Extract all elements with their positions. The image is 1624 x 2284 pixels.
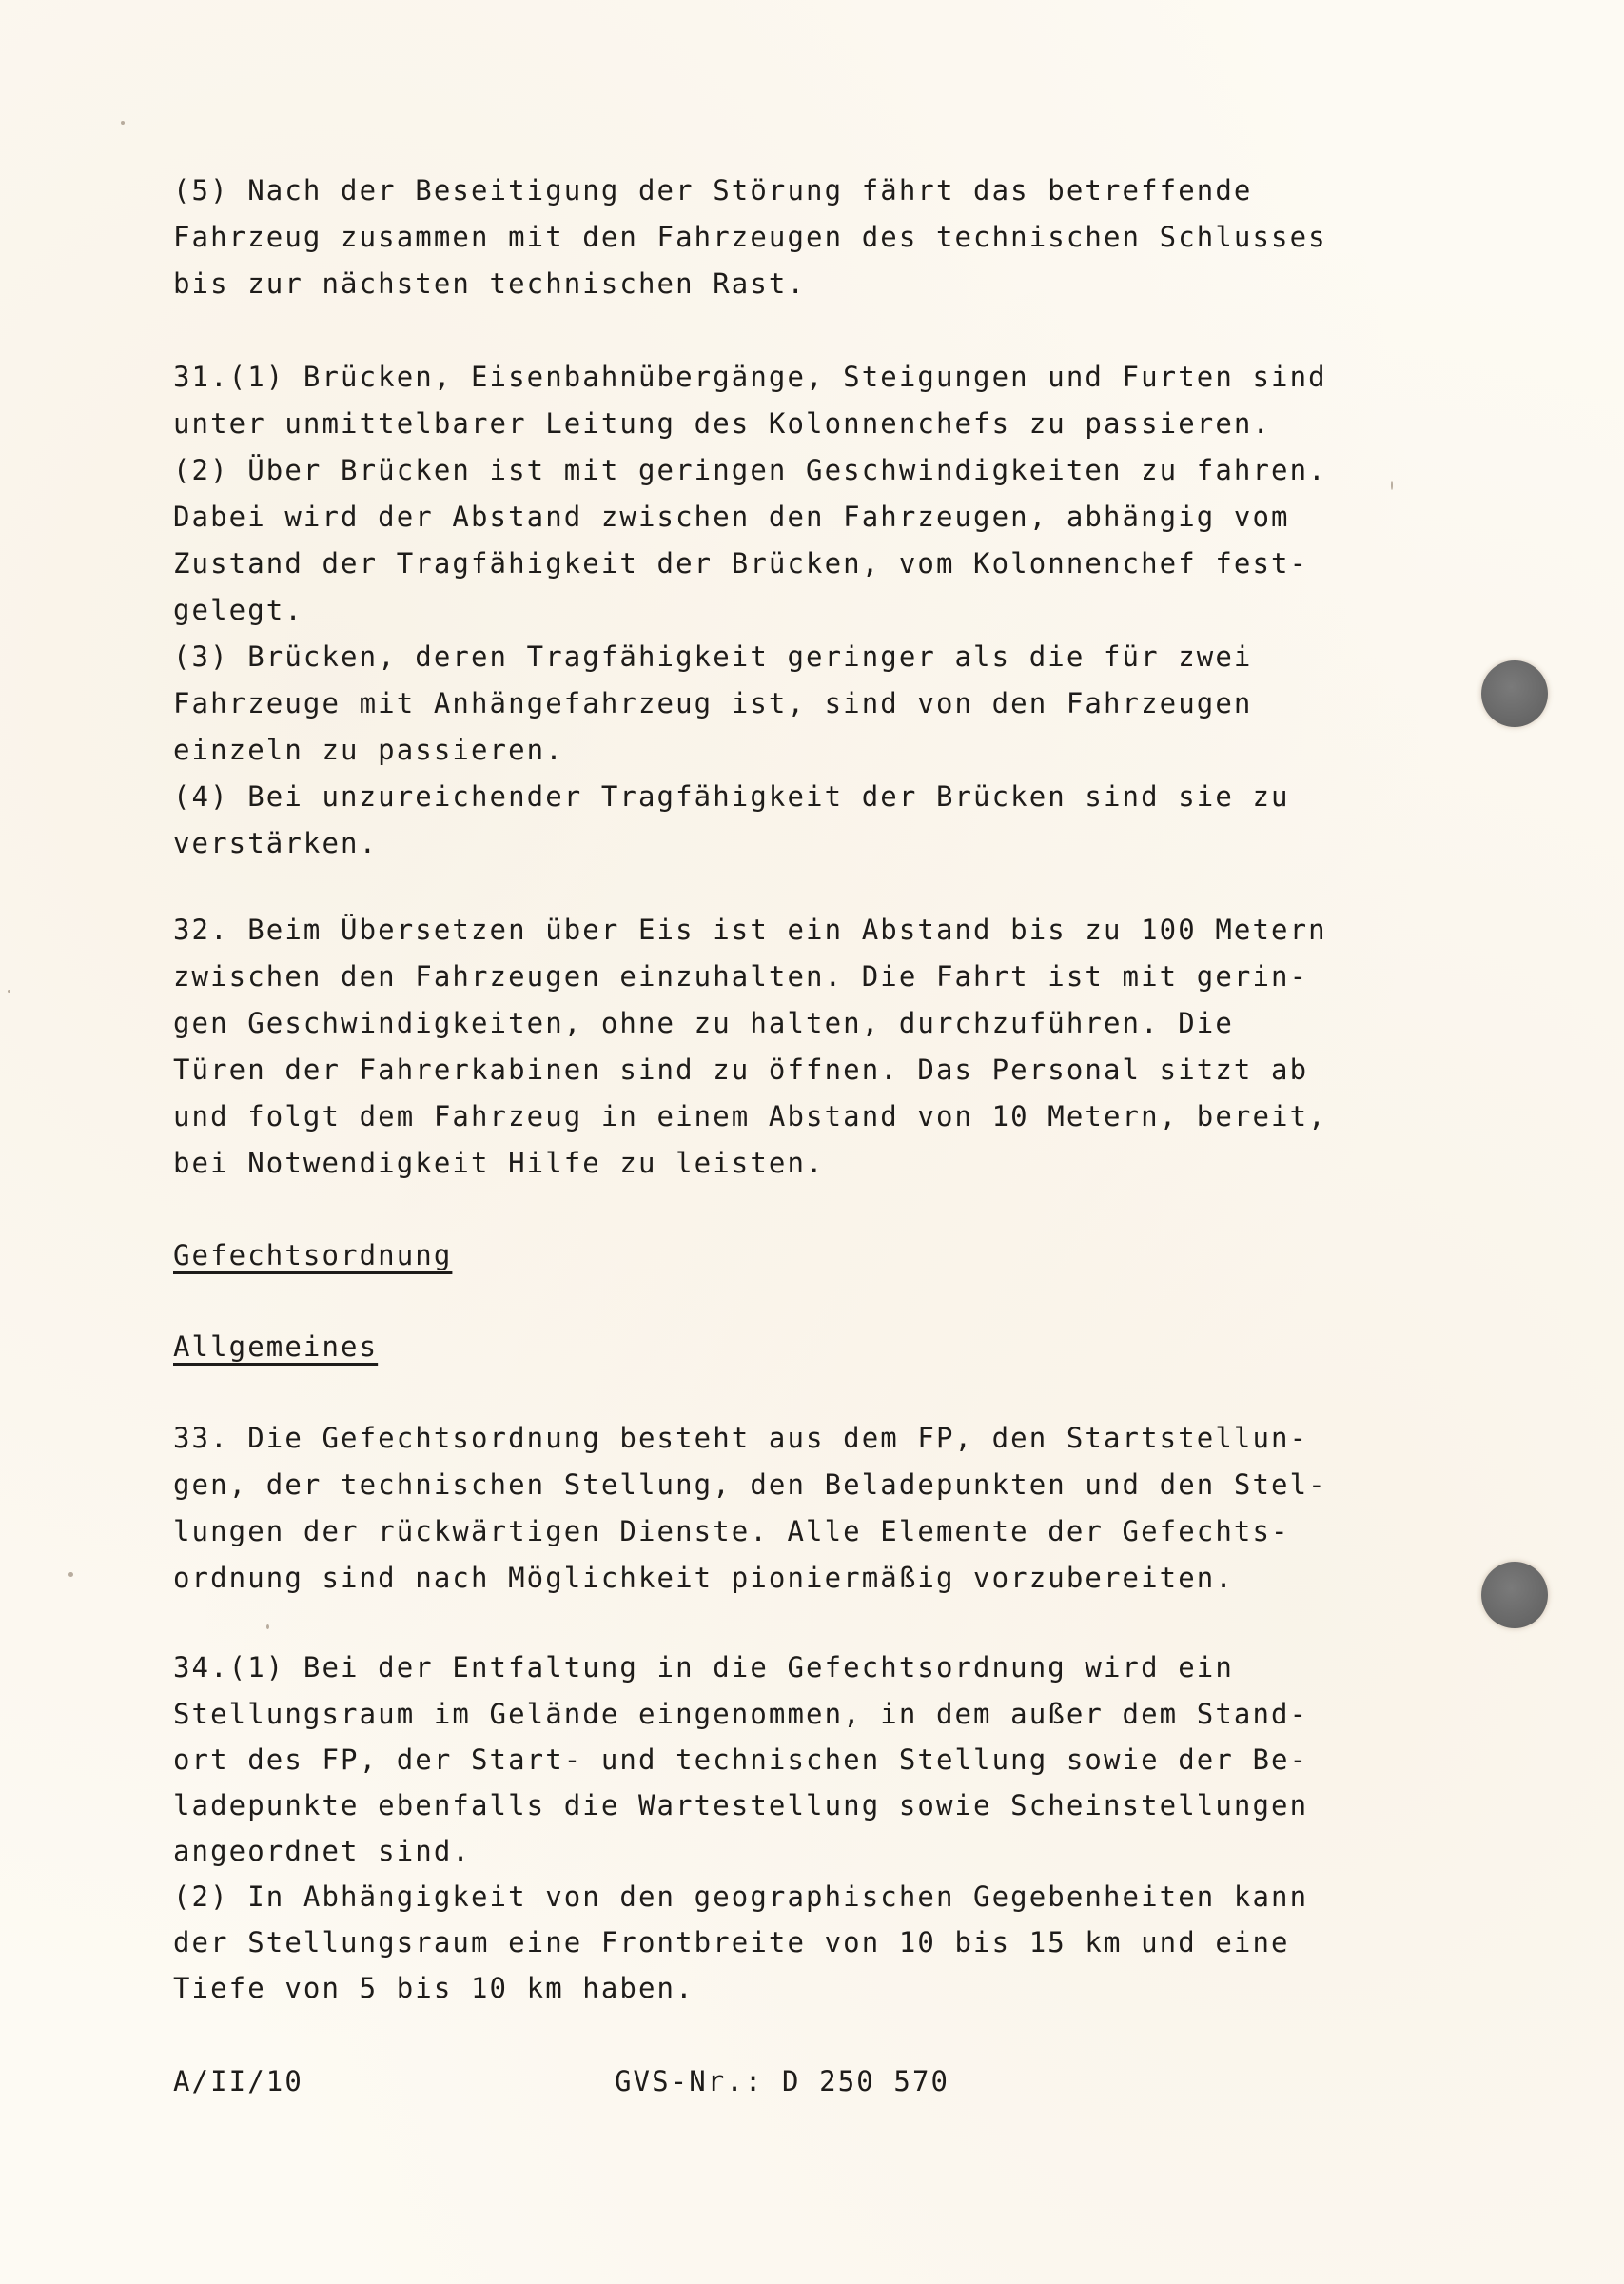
text-line: 34.(1) Bei der Entfaltung in die Gefecht… <box>173 1651 1234 1683</box>
text-line: verstärken. <box>173 827 378 859</box>
text-line: Fahrzeug zusammen mit den Fahrzeugen des… <box>173 221 1327 253</box>
text-line: Zustand der Tragfähigkeit der Brücken, v… <box>173 547 1308 580</box>
text-line: (5) Nach der Beseitigung der Störung fäh… <box>173 174 1252 207</box>
text-line: ladepunkte ebenfalls die Wartestellung s… <box>173 1789 1308 1821</box>
text-line: (2) Über Brücken ist mit geringen Geschw… <box>173 454 1327 486</box>
text-line: (4) Bei unzureichender Tragfähigkeit der… <box>173 780 1290 813</box>
paper-speck <box>68 1572 73 1577</box>
text-line: lungen der rückwärtigen Dienste. Alle El… <box>173 1515 1290 1547</box>
text-line: Stellungsraum im Gelände eingenommen, in… <box>173 1698 1308 1730</box>
text-line: angeordnet sind. <box>173 1835 471 1867</box>
paper-speck <box>1391 481 1393 490</box>
text-line: unter unmittelbarer Leitung des Kolonnen… <box>173 407 1271 440</box>
text-line: gelegt. <box>173 594 303 626</box>
document-page: (5) Nach der Beseitigung der Störung fäh… <box>0 0 1624 2284</box>
paper-speck <box>266 1624 269 1629</box>
text-line: Fahrzeuge mit Anhängefahrzeug ist, sind … <box>173 687 1252 719</box>
text-line: bis zur nächsten technischen Rast. <box>173 267 806 300</box>
text-line: 31.(1) Brücken, Eisenbahnübergänge, Stei… <box>173 361 1327 393</box>
gvs-number: GVS-Nr.: D 250 570 <box>615 2065 949 2097</box>
text-line: ordnung sind nach Möglichkeit pioniermäß… <box>173 1562 1234 1594</box>
paper-speck <box>121 121 125 125</box>
text-line: (2) In Abhängigkeit von den geographisch… <box>173 1880 1308 1913</box>
subsection-heading: Allgemeines <box>173 1330 378 1363</box>
text-line: 33. Die Gefechtsordnung besteht aus dem … <box>173 1422 1308 1454</box>
punch-hole <box>1481 660 1548 727</box>
text-line: gen, der technischen Stellung, den Belad… <box>173 1468 1327 1501</box>
text-line: ort des FP, der Start- und technischen S… <box>173 1743 1308 1776</box>
section-heading: Gefechtsordnung <box>173 1239 452 1271</box>
paper-speck <box>8 990 10 993</box>
text-line: Türen der Fahrerkabinen sind zu öffnen. … <box>173 1053 1308 1086</box>
text-line: zwischen den Fahrzeugen einzuhalten. Die… <box>173 960 1308 993</box>
punch-hole <box>1481 1562 1548 1628</box>
text-line: und folgt dem Fahrzeug in einem Abstand … <box>173 1100 1327 1132</box>
text-line: gen Geschwindigkeiten, ohne zu halten, d… <box>173 1007 1234 1039</box>
text-line: einzeln zu passieren. <box>173 734 564 766</box>
page-reference: A/II/10 <box>173 2065 303 2097</box>
text-line: der Stellungsraum eine Frontbreite von 1… <box>173 1926 1290 1959</box>
text-line: (3) Brücken, deren Tragfähigkeit geringe… <box>173 640 1252 673</box>
text-line: bei Notwendigkeit Hilfe zu leisten. <box>173 1147 825 1179</box>
text-line: Dabei wird der Abstand zwischen den Fahr… <box>173 501 1290 533</box>
text-line: 32. Beim Übersetzen über Eis ist ein Abs… <box>173 914 1327 946</box>
text-line: Tiefe von 5 bis 10 km haben. <box>173 1972 695 2004</box>
